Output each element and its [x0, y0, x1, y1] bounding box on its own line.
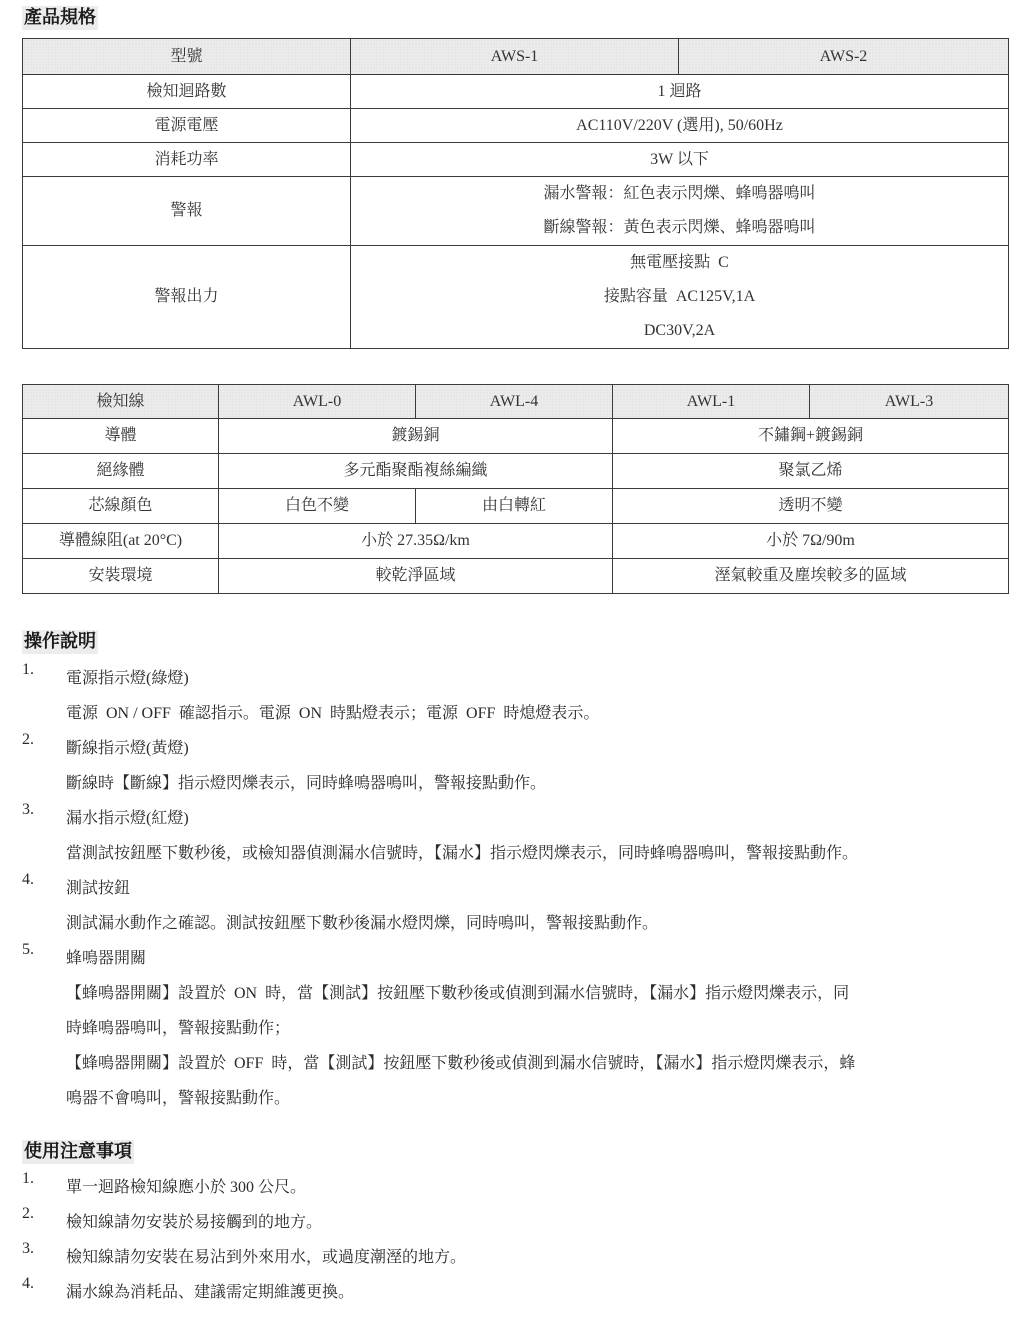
item-title: 蜂鳴器開關 — [66, 941, 858, 976]
item-text: 檢知線請勿安裝在易沾到外來用水，或過度潮溼的地方。 — [66, 1240, 466, 1275]
alarm-leak-line: 漏水警報：紅色表示閃爍、蜂鳴器鳴叫 — [351, 177, 1008, 211]
spec-section-title: 產品規格 — [22, 6, 98, 30]
model-aws-1: AWS-1 — [351, 39, 679, 75]
spec-value: 1 迴路 — [351, 75, 1009, 109]
spec-label: 電源電壓 — [23, 109, 351, 143]
wire-value-a: 鍍錫銅 — [219, 419, 613, 454]
caution-item: 1. 單一迴路檢知線應小於 300 公尺。 — [22, 1170, 466, 1205]
spec-header-row: 型號 AWS-1 AWS-2 — [23, 39, 1009, 75]
item-body-line: 【蜂鳴器開關】設置於 OFF 時，當【測試】按鈕壓下數秒後或偵測到漏水信號時，【… — [66, 1046, 858, 1081]
alarm-break-line: 斷線警報：黃色表示閃爍、蜂鳴器鳴叫 — [351, 211, 1008, 245]
item-text: 單一迴路檢知線應小於 300 公尺。 — [66, 1170, 466, 1205]
item-body: 斷線時【斷線】指示燈閃爍表示，同時蜂鳴器鳴叫，警報接點動作。 — [66, 766, 858, 801]
wire-label: 導體線阻(at 20°C) — [23, 524, 219, 559]
wire-value-b: 溼氣較重及塵埃較多的區域 — [613, 559, 1009, 594]
spec-label: 警報出力 — [23, 246, 351, 349]
item-body-line: 時蜂鳴器鳴叫，警報接點動作； — [66, 1011, 858, 1046]
item-title: 電源指示燈(綠燈) — [66, 661, 858, 696]
wire-value-b: 透明不變 — [613, 489, 1009, 524]
caution-item: 2. 檢知線請勿安裝於易接觸到的地方。 — [22, 1205, 466, 1240]
spec-value: 3W 以下 — [351, 143, 1009, 177]
model-awl-3: AWL-3 — [810, 385, 1009, 419]
spec-label: 檢知迴路數 — [23, 75, 351, 109]
item-number: 2. — [22, 731, 62, 749]
wire-value-a: 多元酯聚酯複絲編織 — [219, 454, 613, 489]
spec-value: AC110V/220V (選用), 50/60Hz — [351, 109, 1009, 143]
caution-item: 4. 漏水線為消耗品、建議需定期維護更換。 — [22, 1275, 466, 1310]
model-aws-2: AWS-2 — [679, 39, 1009, 75]
model-awl-0: AWL-0 — [219, 385, 416, 419]
wire-value-awl-4: 由白轉紅 — [416, 489, 613, 524]
spec-row-circuits: 檢知迴路數 1 迴路 — [23, 75, 1009, 109]
operation-list: 1. 電源指示燈(綠燈) 電源 ON / OFF 確認指示。電源 ON 時點燈表… — [22, 661, 858, 1116]
wire-value-b: 小於 7Ω/90m — [613, 524, 1009, 559]
item-body: 測試漏水動作之確認。測試按鈕壓下數秒後漏水燈閃爍，同時鳴叫，警報接點動作。 — [66, 906, 858, 941]
item-number: 1. — [22, 661, 62, 679]
wire-value-a: 小於 27.35Ω/km — [219, 524, 613, 559]
spec-row-alarm: 警報 漏水警報：紅色表示閃爍、蜂鳴器鳴叫 斷線警報：黃色表示閃爍、蜂鳴器鳴叫 — [23, 177, 1009, 246]
wire-row-core-color: 芯線顏色 白色不變 由白轉紅 透明不變 — [23, 489, 1009, 524]
item-number: 5. — [22, 941, 62, 959]
model-awl-1: AWL-1 — [613, 385, 810, 419]
caution-section-title: 使用注意事項 — [22, 1140, 134, 1164]
item-title: 漏水指示燈(紅燈) — [66, 801, 858, 836]
spec-row-alarm-output: 警報出力 無電壓接點 C 接點容量 AC125V,1A DC30V,2A — [23, 246, 1009, 349]
item-number: 4. — [22, 871, 62, 889]
sensor-wire-table: 檢知線 AWL-0 AWL-4 AWL-1 AWL-3 導體 鍍錫銅 不鏽鋼+鍍… — [22, 384, 1009, 594]
caution-item: 3. 檢知線請勿安裝在易沾到外來用水，或過度潮溼的地方。 — [22, 1240, 466, 1275]
spec-row-power: 消耗功率 3W 以下 — [23, 143, 1009, 177]
item-body-line: 【蜂鳴器開關】設置於 ON 時，當【測試】按鈕壓下數秒後或偵測到漏水信號時，【漏… — [66, 976, 858, 1011]
operation-item: 1. 電源指示燈(綠燈) 電源 ON / OFF 確認指示。電源 ON 時點燈表… — [22, 661, 858, 731]
spec-label: 消耗功率 — [23, 143, 351, 177]
item-body: 電源 ON / OFF 確認指示。電源 ON 時點燈表示；電源 OFF 時熄燈表… — [66, 696, 858, 731]
item-number: 3. — [22, 801, 62, 819]
item-number: 2. — [22, 1205, 62, 1223]
wire-label: 芯線顏色 — [23, 489, 219, 524]
item-number: 1. — [22, 1170, 62, 1188]
wire-label: 導體 — [23, 419, 219, 454]
operation-item: 5. 蜂鳴器開關 【蜂鳴器開關】設置於 ON 時，當【測試】按鈕壓下數秒後或偵測… — [22, 941, 858, 1116]
wire-header-row: 檢知線 AWL-0 AWL-4 AWL-1 AWL-3 — [23, 385, 1009, 419]
output-contact-line: 無電壓接點 C — [351, 246, 1008, 280]
output-dc-line: DC30V,2A — [351, 314, 1008, 348]
item-number: 4. — [22, 1275, 62, 1293]
wire-row-environment: 安裝環境 較乾淨區域 溼氣較重及塵埃較多的區域 — [23, 559, 1009, 594]
spec-label: 警報 — [23, 177, 351, 246]
item-number: 3. — [22, 1240, 62, 1258]
wire-value-awl-0: 白色不變 — [219, 489, 416, 524]
item-title: 斷線指示燈(黃燈) — [66, 731, 858, 766]
model-awl-4: AWL-4 — [416, 385, 613, 419]
wire-value-a: 較乾淨區域 — [219, 559, 613, 594]
caution-list: 1. 單一迴路檢知線應小於 300 公尺。 2. 檢知線請勿安裝於易接觸到的地方… — [22, 1170, 466, 1310]
item-title: 測試按鈕 — [66, 871, 858, 906]
item-text: 檢知線請勿安裝於易接觸到的地方。 — [66, 1205, 466, 1240]
wire-value-b: 聚氯乙烯 — [613, 454, 1009, 489]
wire-row-resistance: 導體線阻(at 20°C) 小於 27.35Ω/km 小於 7Ω/90m — [23, 524, 1009, 559]
item-text: 漏水線為消耗品、建議需定期維護更換。 — [66, 1275, 466, 1310]
operation-item: 3. 漏水指示燈(紅燈) 當測試按鈕壓下數秒後，或檢知器偵測漏水信號時，【漏水】… — [22, 801, 858, 871]
wire-row-insulator: 絕緣體 多元酯聚酯複絲編織 聚氯乙烯 — [23, 454, 1009, 489]
operation-item: 2. 斷線指示燈(黃燈) 斷線時【斷線】指示燈閃爍表示，同時蜂鳴器鳴叫，警報接點… — [22, 731, 858, 801]
spec-value: 無電壓接點 C 接點容量 AC125V,1A DC30V,2A — [351, 246, 1009, 349]
spec-value: 漏水警報：紅色表示閃爍、蜂鳴器鳴叫 斷線警報：黃色表示閃爍、蜂鳴器鳴叫 — [351, 177, 1009, 246]
wire-header-label: 檢知線 — [23, 385, 219, 419]
product-spec-table: 型號 AWS-1 AWS-2 檢知迴路數 1 迴路 電源電壓 AC110V/22… — [22, 38, 1009, 349]
operation-section-title: 操作說明 — [22, 630, 98, 654]
wire-value-b: 不鏽鋼+鍍錫銅 — [613, 419, 1009, 454]
wire-row-conductor: 導體 鍍錫銅 不鏽鋼+鍍錫銅 — [23, 419, 1009, 454]
operation-item: 4. 測試按鈕 測試漏水動作之確認。測試按鈕壓下數秒後漏水燈閃爍，同時鳴叫，警報… — [22, 871, 858, 941]
item-body-line: 鳴器不會鳴叫，警報接點動作。 — [66, 1081, 858, 1116]
item-body: 當測試按鈕壓下數秒後，或檢知器偵測漏水信號時，【漏水】指示燈閃爍表示，同時蜂鳴器… — [66, 836, 858, 871]
spec-row-voltage: 電源電壓 AC110V/220V (選用), 50/60Hz — [23, 109, 1009, 143]
wire-label: 絕緣體 — [23, 454, 219, 489]
spec-header-label: 型號 — [23, 39, 351, 75]
wire-label: 安裝環境 — [23, 559, 219, 594]
output-capacity-line: 接點容量 AC125V,1A — [351, 280, 1008, 314]
